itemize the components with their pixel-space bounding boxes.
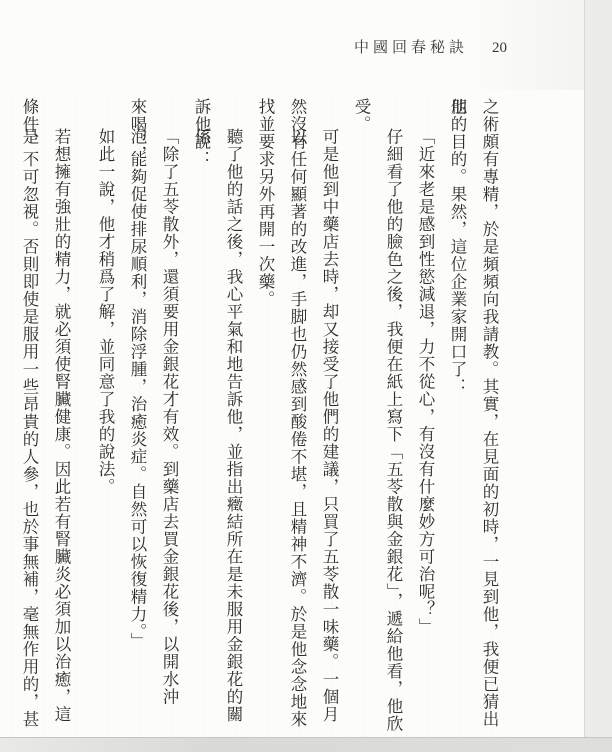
text-column-12: 來喝，能夠促使排尿順利，消除浮腫，治癒炎症。自然可以恢復精力。」	[121, 98, 153, 738]
text-column-3: 「近來老是感到性慾減退，力不從心，有沒有什麼妙方可治呢？」	[409, 98, 441, 738]
page-header: 中國回春秘訣 20	[354, 36, 507, 57]
page-number: 20	[492, 40, 507, 57]
text-column-5: 受。	[345, 98, 377, 738]
text-column-6: 可是他到中藥店去時，却又接受了他們的建議，只買了五苓散一味藥。一個月以	[313, 98, 345, 738]
text-column-4: 仔細看了他的臉色之後，我便在紙上寫下「五苓散與金銀花」，遞給他看，他欣	[377, 98, 409, 738]
scan-bottom-edge	[0, 737, 612, 752]
book-title: 中國回春秘訣	[354, 36, 468, 57]
text-column-9: 聽了他的話之後，我心平氣和地告訴他，並指出癥結所在是未服用金銀花的關係	[217, 98, 249, 738]
text-column-8: ，並要求另外再開一次藥。	[249, 98, 281, 738]
text-column-7: 然沒有任何顯著的改進，手脚也仍然感到酸倦不堪，且精神不濟。於是他念念地來找	[281, 98, 313, 738]
text-column-1: 之術頗有專精，於是頻頻向我請教。其實，在見面的初時，一見到他，我便已猜出朋	[473, 98, 505, 738]
scanned-book-page: 中國回春秘訣 20 之術頗有專精，於是頻頻向我請教。其實，在見面的初時，一見到他…	[0, 0, 612, 752]
text-column-10: 訴他說：	[185, 98, 217, 738]
text-column-13: 如此一說，他才稍爲了解，並同意了我的說法。	[89, 98, 121, 738]
vertical-text-body: 之術頗有專精，於是頻頻向我請教。其實，在見面的初時，一見到他，我便已猜出朋 他的…	[11, 98, 505, 738]
text-column-2: 他的目的。果然，這位企業家開口了：	[441, 98, 473, 738]
text-column-14: 若想擁有強壯的精力，就必須使腎臟健康。因此若有腎臟炎必須加以治癒，這是	[45, 98, 77, 738]
text-column-15: 條件，不可忽視。否則即使是服用一些昂貴的人參，也於事無補，毫無作用的，甚至	[13, 98, 45, 738]
scan-right-edge	[584, 0, 612, 752]
text-column-11: 「除了五苓散外，還須要用金銀花才有效。到藥店去買金銀花後，以開水沖泡，	[153, 98, 185, 738]
